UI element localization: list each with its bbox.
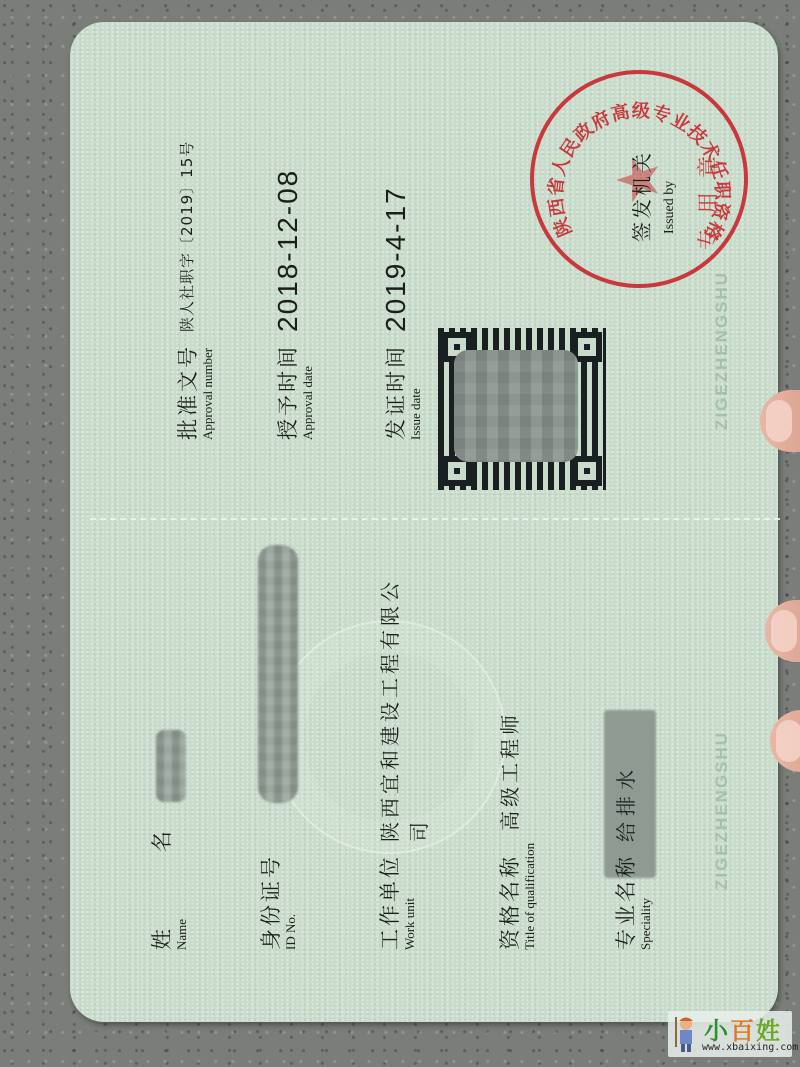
approval-number-field: 批准文号 Approval number 陕人社职字〔2019〕15号: [172, 141, 216, 440]
approval-date-label: 授予时间: [276, 344, 300, 440]
security-watermark: ZIGEZHENGSHU: [712, 271, 732, 430]
name-label: 姓 名: [150, 803, 174, 950]
qualification-field: 资格名称 Title of qualification 高级工程师: [494, 711, 538, 950]
seal-bottom-text: 专用章: [692, 142, 723, 250]
approval-number-value: 陕人社职字〔2019〕15号: [176, 141, 197, 332]
qualification-label-en: Title of qualification: [522, 843, 538, 950]
work-unit-value: 陕西宜和建设工程有限公: [374, 578, 403, 842]
site-logo: 小百姓 www.xbaixing.com: [668, 1011, 792, 1057]
work-unit-field: 工作单位 Work unit 陕西宜和建设工程有限公 司: [374, 578, 432, 950]
work-unit-label: 工作单位: [378, 854, 402, 950]
speciality-label: 专业名称: [614, 854, 638, 950]
name-label-en: Name: [174, 803, 190, 950]
approval-date-field: 授予时间 Approval date 2018-12-08: [272, 169, 316, 440]
approval-date-label-en: Approval date: [300, 344, 316, 440]
issue-date-label-en: Issue date: [408, 344, 424, 440]
name-field: 姓 名 Name: [146, 803, 190, 950]
work-unit-value-line2: 司: [403, 578, 432, 842]
security-watermark-bottom: ZIGEZHENGSHU: [712, 731, 732, 890]
qr-finder-icon: [572, 456, 602, 486]
qualification-value: 高级工程师: [494, 711, 523, 831]
speciality-label-en: Speciality: [638, 854, 654, 950]
qualification-label: 资格名称: [498, 854, 522, 950]
site-brand: 小百姓: [704, 1011, 782, 1046]
speciality-value: 给排水: [610, 764, 639, 842]
issue-date-value: 2019-4-17: [380, 186, 412, 332]
qr-code-icon: [438, 328, 606, 490]
speciality-field: 专业名称 Speciality 给排水: [610, 764, 654, 950]
id-number-field: 身份证号 ID No.: [255, 854, 299, 950]
name-redaction-mask: [156, 730, 186, 802]
approval-date-value: 2018-12-08: [272, 169, 304, 332]
issue-date-field: 发证时间 Issue date 2019-4-17: [380, 186, 424, 440]
page-fold-stitching: [90, 518, 780, 520]
site-url: www.xbaixing.com: [702, 1042, 798, 1053]
id-number-label-en: ID No.: [283, 854, 299, 950]
qr-redaction-mask: [454, 350, 578, 462]
approval-number-label-en: Approval number: [200, 344, 216, 440]
official-seal: 陕西省人民政府高级专业技术任职资格 ★ 签发机关 Issued by 专用章: [530, 70, 748, 288]
id-number-redaction-mask: [258, 545, 298, 803]
seal-center-text-en: Issued by: [658, 181, 678, 234]
farmer-mascot-icon: [674, 1015, 696, 1053]
issue-date-label: 发证时间: [384, 344, 408, 440]
id-number-label: 身份证号: [259, 854, 283, 950]
approval-number-label: 批准文号: [176, 344, 200, 440]
seal-center-text: 签发机关: [626, 150, 655, 242]
work-unit-label-en: Work unit: [402, 854, 418, 950]
